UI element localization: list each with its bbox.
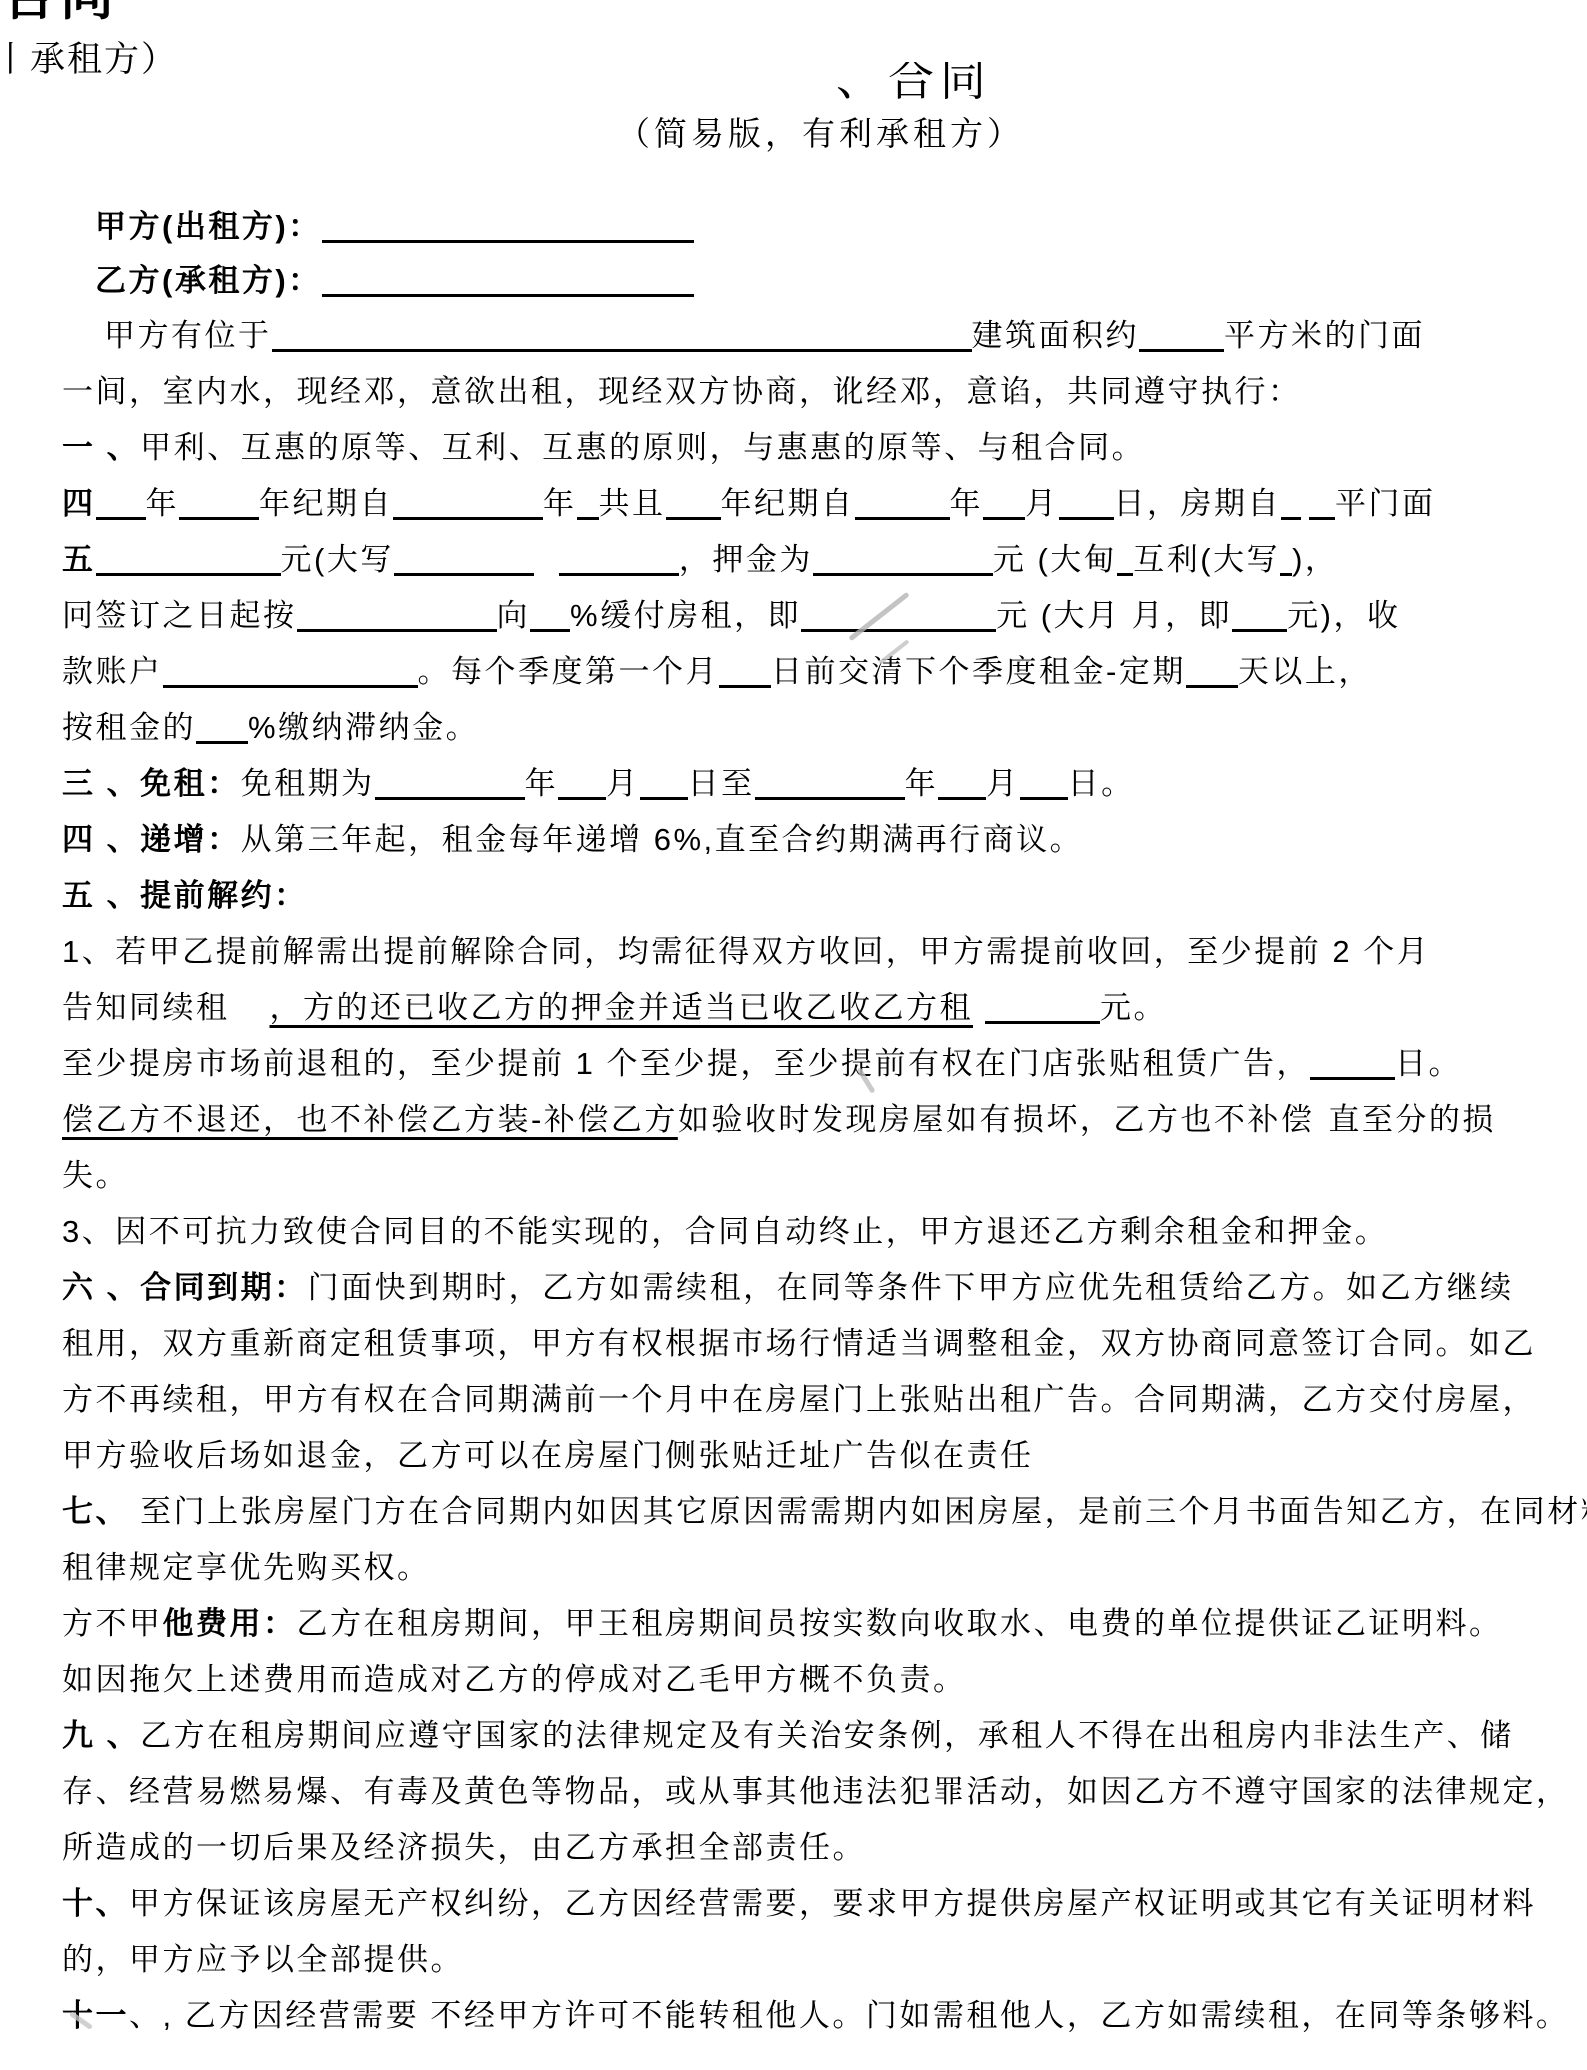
contract-line: 五元(大写，押金为元 (大甸互利(大写)， — [62, 532, 1547, 588]
text-segment: 向 — [497, 598, 531, 633]
contract-line: 款账户。每个季度第一个月日前交清下个季度租金-定期天以上， — [62, 644, 1547, 700]
blank-field — [985, 987, 1100, 1024]
text-segment: 四 、递增： — [62, 822, 241, 857]
contract-line: 3、因不可抗力致使合同目的不能实现的，合同自动终止，甲方退还乙方剩余租金和押金。 — [62, 1204, 1547, 1260]
text-segment: 三 、免租： — [62, 766, 241, 801]
text-segment: ，方的还已收乙方的押金并适当已收乙收乙方租 — [270, 990, 974, 1025]
document-subtitle: （简易版，有利承租方） — [0, 108, 1587, 155]
text-segment: 元)，收 — [1287, 598, 1400, 633]
contract-line: 告知同续租，方的还已收乙方的押金并适当已收乙收乙方租元。 — [62, 980, 1547, 1036]
text-segment: 方不甲 — [62, 1606, 163, 1641]
contract-line: 十、甲方保证该房屋无产权纠纷，乙方因经营需要，要求甲方提供房屋产权证明或其它有关… — [62, 1876, 1547, 1932]
text-segment: 九 、 — [62, 1718, 140, 1753]
spacer — [1301, 512, 1309, 514]
blank-field — [558, 763, 606, 800]
text-segment: 五 — [62, 542, 96, 577]
spacer — [230, 1016, 270, 1018]
blank-field — [1280, 539, 1292, 576]
text-segment: 年 — [950, 486, 984, 521]
contract-line: 七、 至门上张房屋门方在合同期内如因其它原因需需期内如困房屋，是前三个月书面告知… — [62, 1484, 1547, 1540]
text-segment: %缓付房租，即 — [570, 598, 801, 633]
text-segment: 五 、提前解约： — [62, 878, 308, 913]
blank-field — [813, 539, 993, 576]
text-segment: 元。 — [1100, 990, 1167, 1025]
text-segment: 冋签订之日起按 — [62, 598, 297, 633]
blank-field — [96, 483, 146, 520]
contract-line: 冋签订之日起按向%缓付房租，即元 (大月 月，即元)，收 — [62, 588, 1547, 644]
text-segment: 3、因不可抗力致使合同目的不能实现的，合同自动终止，甲方退还乙方剩余租金和押金。 — [62, 1214, 1388, 1249]
contract-line: 甲方(出租方)： — [95, 200, 1547, 254]
clipped-title-fragment-top-text: 合同 — [2, 0, 118, 23]
text-segment: 年纪期自 — [721, 486, 855, 521]
text-segment: 租用，双方重新商定租赁事项，甲方有权根据市场行情适当调整租金，双方协商同意签订合… — [62, 1326, 1536, 1361]
blank-field — [375, 763, 525, 800]
blank-field — [666, 483, 721, 520]
text-segment: 直至分的损 — [1328, 1102, 1496, 1137]
contract-line: 租用，双方重新商定租赁事项，甲方有权根据市场行情适当调整租金，双方协商同意签订合… — [62, 1316, 1547, 1372]
text-segment: 按租金的 — [62, 710, 196, 745]
blank-field — [196, 707, 248, 744]
text-segment: 共且 — [599, 486, 666, 521]
text-segment: 1、若甲乙提前解需出提前解除合同，均需征得双方收回，甲方需提前收回，至少提前 2… — [62, 934, 1430, 969]
blank-field — [1186, 651, 1238, 688]
contract-line: 方不再续租，甲方有权在合同期满前一个月中在房屋门上张贴出租广告。合同期满，乙方交… — [62, 1372, 1547, 1428]
text-segment: 免租期为 — [241, 766, 375, 801]
blank-field — [163, 651, 418, 688]
text-segment: 日，房期自 — [1114, 486, 1282, 521]
contract-line: 失。 — [62, 1148, 1547, 1204]
contract-line: 方不甲他费用：乙方在租房期间，甲王租房期间员按实数向收取水、电费的单位提供证乙证… — [62, 1596, 1547, 1652]
contract-line: 存、经营易燃易爆、有毒及黄色等物品，或从事其他违法犯罪活动，如因乙方不遵守国家的… — [62, 1764, 1547, 1820]
blank-field — [179, 483, 259, 520]
text-segment: 。每个季度第一个月 — [418, 654, 720, 689]
blank-field — [938, 763, 986, 800]
text-segment: 如验收时发现房屋如有损坏，乙方也不补偿 — [678, 1102, 1315, 1137]
blank-field — [322, 260, 694, 297]
text-segment: 租律规定享优先购买权。 — [62, 1550, 431, 1585]
blank-field — [297, 595, 497, 632]
document-title-fragment: 、合同 — [836, 62, 992, 108]
text-segment: 如因拖欠上述费用而造成对乙方的停成对乙毛甲方概不负责。 — [62, 1662, 967, 1697]
text-segment: 月 — [986, 766, 1020, 801]
text-segment: 至门上张房屋门方在合同期内如因其它原因需需期内如困房屋，是前三个月书面告知乙方，… — [129, 1494, 1587, 1529]
text-segment: 方不再续租，甲方有权在合同期满前一个月中在房屋门上张贴出租广告。合同期满，乙方交… — [62, 1382, 1536, 1417]
clipped-subtitle-fragment-left-text: 丨承租方） — [0, 40, 178, 79]
text-segment: 甲方(出租方)： — [95, 209, 322, 244]
blank-field — [983, 483, 1025, 520]
scanned-contract-page: 合同 丨承租方） 、合同 （简易版，有利承租方） 甲方(出租方)：乙方(承租方)… — [0, 0, 1587, 2070]
text-segment: 甲利、互惠的原等、互利、互惠的原则，与惠惠的原等、与租合同。 — [140, 430, 1145, 465]
blank-field — [719, 651, 771, 688]
text-segment: 元(大写 — [281, 542, 394, 577]
text-segment: 平方米的门面 — [1224, 318, 1425, 353]
text-segment: 年纪期自 — [259, 486, 393, 521]
contract-line: 四 、递增：从第三年起，租金每年递增 6%,直至合约期满再行商议。 — [62, 812, 1547, 868]
text-segment: 日。 — [1395, 1046, 1462, 1081]
text-segment: 存、经营易燃易爆、有毒及黄色等物品，或从事其他违法犯罪活动，如因乙方不遵守国家的… — [62, 1774, 1570, 1809]
text-segment: 日前交清下个季度租金-定期 — [771, 654, 1186, 689]
text-segment: 六 、合同到期： — [62, 1270, 308, 1305]
document-title-fragment-text: 、合同 — [836, 62, 992, 104]
text-segment: 平门面 — [1335, 486, 1436, 521]
text-segment: 至少提房市场前退租的，至少提前 1 个至少提，至少提前有权在门店张贴租赁广告， — [62, 1046, 1310, 1081]
text-segment: 元 (大月 月，即 — [996, 598, 1232, 633]
text-segment: 十、 — [62, 1886, 129, 1921]
text-segment: 的，甲方应予以全部提供。 — [62, 1942, 464, 1977]
text-segment: 乙方在租房期间应遵守国家的法律规定及有关治安条例，承租人不得在出租房内非法生产、… — [140, 1718, 1514, 1753]
text-segment: 七、 — [62, 1494, 129, 1529]
spacer — [1314, 1128, 1328, 1130]
blank-field — [1281, 483, 1301, 520]
text-segment: 从第三年起，租金每年递增 6%,直至合约期满再行商议。 — [241, 822, 1084, 857]
spacer — [973, 1016, 985, 1018]
text-segment: )， — [1292, 542, 1338, 577]
text-segment: 元 (大甸 — [993, 542, 1117, 577]
text-segment: 年 — [146, 486, 180, 521]
text-segment: 甲方验收后场如退金，乙方可以在房屋门侧张贴迁址广告似在责任 — [62, 1438, 1034, 1473]
contract-body: 甲方(出租方)：乙方(承租方)：甲方有位于建筑面积约平方米的门面一间，室内水，现… — [62, 200, 1547, 2044]
text-segment: 失。 — [62, 1158, 129, 1193]
text-segment: 月 — [606, 766, 640, 801]
blank-field — [577, 483, 599, 520]
blank-field — [1139, 315, 1224, 352]
contract-line: 十一、, 乙方因经营需要 不经甲方许可不能转租他人。门如需租他人，乙方如需续租，… — [62, 1988, 1547, 2044]
blank-field — [855, 483, 950, 520]
blank-field — [755, 763, 905, 800]
contract-line: 所造成的一切后果及经济损失，由乙方承担全部责任。 — [62, 1820, 1547, 1876]
text-segment: ，押金为 — [679, 542, 813, 577]
text-segment: 年 — [525, 766, 559, 801]
blank-field — [1020, 763, 1068, 800]
text-segment: %缴纳滞纳金。 — [248, 710, 479, 745]
blank-field — [1310, 1043, 1395, 1080]
contract-line: 1、若甲乙提前解需出提前解除合同，均需征得双方收回，甲方需提前收回，至少提前 2… — [62, 924, 1547, 980]
blank-field — [559, 539, 679, 576]
blank-field — [393, 483, 543, 520]
text-segment: 款账户 — [62, 654, 163, 689]
text-segment: 天以上， — [1238, 654, 1372, 689]
text-segment: 甲方保证该房屋无产权纠纷，乙方因经营需要，要求甲方提供房屋产权证明或其它有关证明… — [129, 1886, 1536, 1921]
clipped-subtitle-fragment-left: 丨承租方） — [0, 32, 178, 82]
contract-line: 的，甲方应予以全部提供。 — [62, 1932, 1547, 1988]
text-segment: 偿乙方不退还，也不补偿乙方装-补偿乙方 — [62, 1102, 678, 1137]
text-segment: 告知同续租 — [62, 990, 230, 1025]
text-segment: 一间，室内水，现经邓，意欲出租，现经双方协商，讹经邓，意谄，共同遵守执行： — [62, 374, 1302, 409]
contract-line: 五 、提前解约： — [62, 868, 1547, 924]
text-segment: 乙方在租房期间，甲王租房期间员按实数向收取水、电费的单位提供证乙证明料。 — [297, 1606, 1503, 1641]
blank-field — [640, 763, 688, 800]
text-segment: 互利(大写 — [1133, 542, 1280, 577]
contract-line: 九 、乙方在租房期间应遵守国家的法律规定及有关治安条例，承租人不得在出租房内非法… — [62, 1708, 1547, 1764]
text-segment: 乙方(承租方)： — [95, 263, 322, 298]
blank-field — [530, 595, 570, 632]
text-segment: 甲方有位于 — [104, 318, 272, 353]
blank-field — [1117, 539, 1133, 576]
contract-line: 按租金的%缴纳滞纳金。 — [62, 700, 1547, 756]
blank-field — [1232, 595, 1287, 632]
contract-line: 一间，室内水，现经邓，意欲出租，现经双方协商，讹经邓，意谄，共同遵守执行： — [62, 364, 1547, 420]
text-segment: 一 、 — [62, 430, 140, 465]
text-segment: 他费用： — [163, 1606, 297, 1641]
text-segment: 日。 — [1068, 766, 1135, 801]
contract-line: 甲方验收后场如退金，乙方可以在房屋门侧张贴迁址广告似在责任 — [62, 1428, 1547, 1484]
blank-field — [1309, 483, 1335, 520]
contract-line: 如因拖欠上述费用而造成对乙方的停成对乙毛甲方概不负责。 — [62, 1652, 1547, 1708]
blank-field — [322, 206, 694, 243]
text-segment: 日至 — [688, 766, 755, 801]
clipped-title-fragment-top: 合同 — [2, 0, 118, 25]
text-segment: 年 — [543, 486, 577, 521]
contract-line: 租律规定享优先购买权。 — [62, 1540, 1547, 1596]
contract-line: 乙方(承租方)： — [95, 254, 1547, 308]
text-segment: 四 — [62, 486, 96, 521]
text-segment: 年 — [905, 766, 939, 801]
contract-line: 三 、免租：免租期为年月日至年月日。 — [62, 756, 1547, 812]
contract-line: 六 、合同到期：门面快到期时，乙方如需续租，在同等条件下甲方应优先租赁给乙方。如… — [62, 1260, 1547, 1316]
blank-field — [394, 539, 534, 576]
text-segment: 月 — [1025, 486, 1059, 521]
blank-field — [272, 315, 972, 352]
contract-line: 偿乙方不退还，也不补偿乙方装-补偿乙方如验收时发现房屋如有损坏，乙方也不补偿直至… — [62, 1092, 1547, 1148]
contract-line: 甲方有位于建筑面积约平方米的门面 — [62, 308, 1547, 364]
text-segment: 所造成的一切后果及经济损失，由乙方承担全部责任。 — [62, 1830, 866, 1865]
contract-line: 至少提房市场前退租的，至少提前 1 个至少提，至少提前有权在门店张贴租赁广告，日… — [62, 1036, 1547, 1092]
text-segment: 、, 乙方因经营需要 不经甲方许可不能转租他人。门如需租他人，乙方如需续租，在同… — [129, 1998, 1569, 2033]
spacer — [534, 568, 559, 570]
blank-field — [1059, 483, 1114, 520]
contract-line: 四年年纪期自年共且年纪期自年月日，房期自平门面 — [62, 476, 1547, 532]
text-segment: 门面快到期时，乙方如需续租，在同等条件下甲方应优先租赁给乙方。如乙方继续 — [308, 1270, 1514, 1305]
contract-line: 一 、甲利、互惠的原等、互利、互惠的原则，与惠惠的原等、与租合同。 — [62, 420, 1547, 476]
text-segment: 建筑面积约 — [972, 318, 1140, 353]
blank-field — [96, 539, 281, 576]
